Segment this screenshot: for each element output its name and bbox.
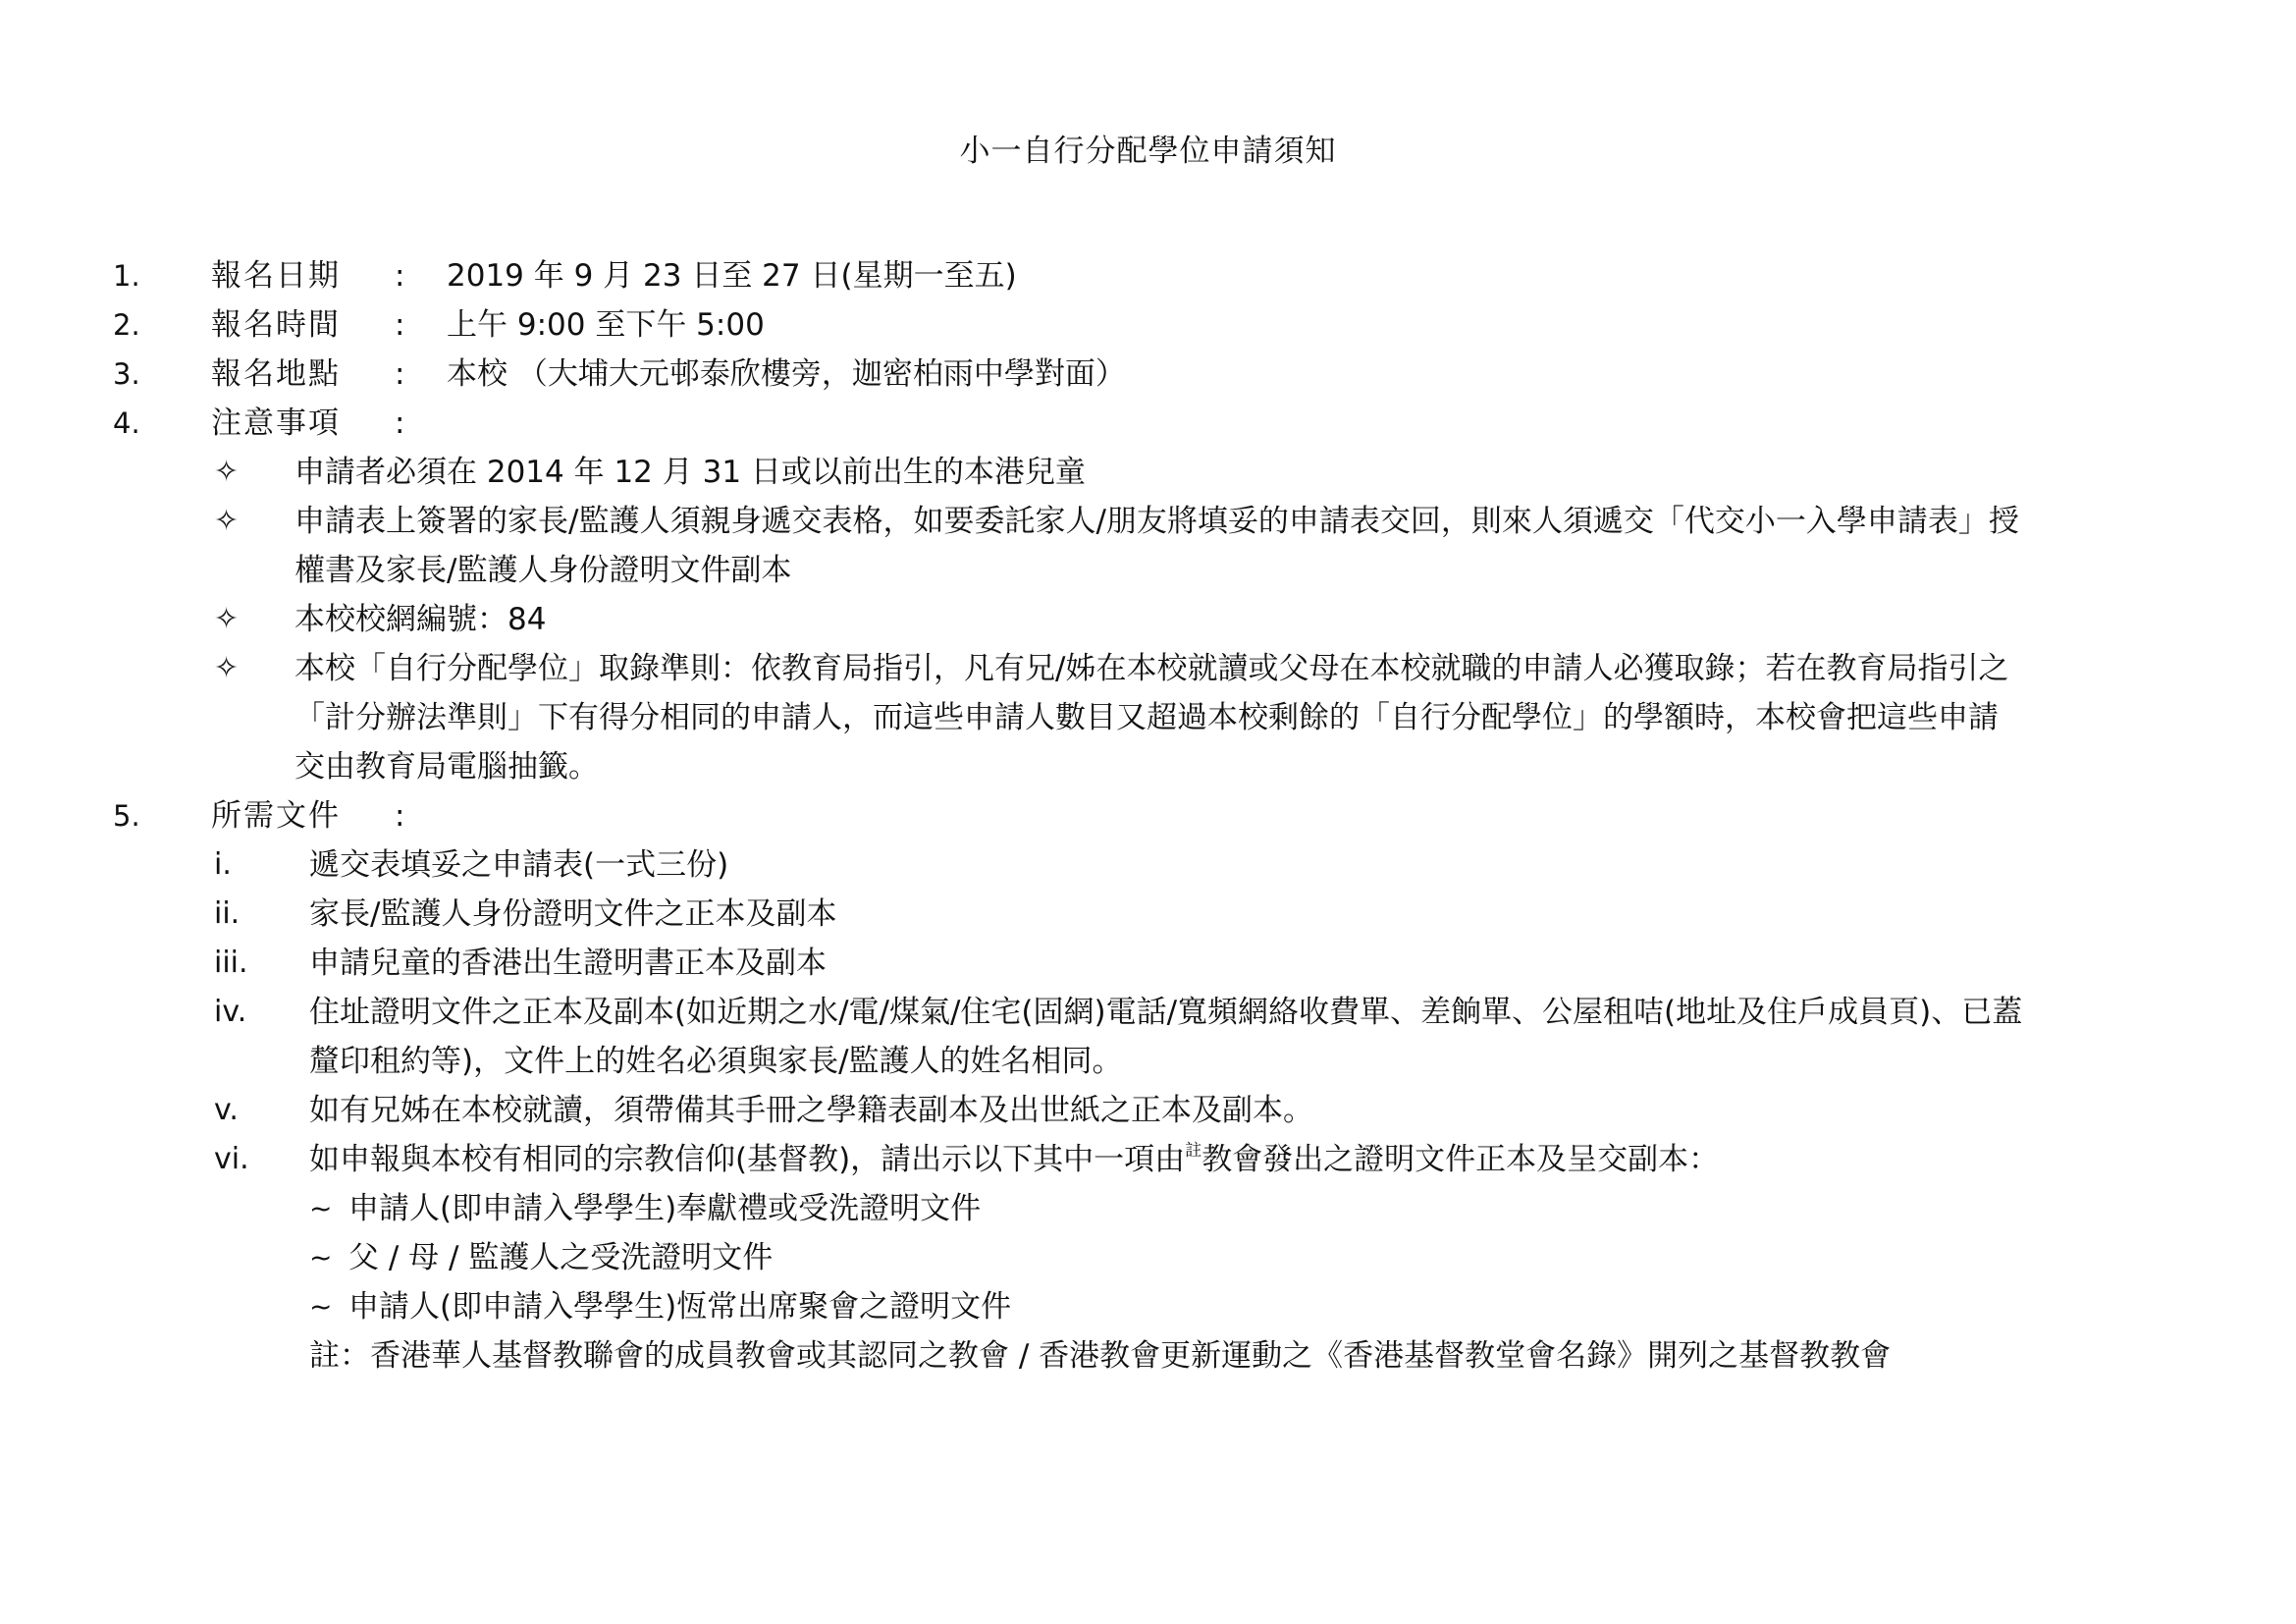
- page-title: 小一自行分配學位申請須知: [0, 126, 2296, 170]
- colon: :: [395, 305, 404, 345]
- note-text: 本校「自行分配學位」取錄準則：依教育局指引，凡有兄/姊在本校就讀或父母在本校就職…: [294, 649, 2008, 688]
- section-number: 2.: [113, 305, 140, 345]
- colon: :: [395, 404, 404, 443]
- note-text: 交由教育局電腦抽籤。: [294, 747, 599, 786]
- document-text: 遞交表填妥之申請表(一式三份): [309, 845, 728, 885]
- section-number: 3.: [113, 354, 140, 394]
- section-number: 5.: [113, 796, 140, 836]
- document-text-after: 教會發出之證明文件正本及呈交副本：: [1201, 1142, 1719, 1177]
- colon: :: [395, 354, 404, 394]
- roman-numeral: i.: [214, 845, 232, 885]
- document-text: 申請兒童的香港出生證明書正本及副本: [309, 944, 827, 983]
- religion-option-text: 申請人(即申請入學學生)恆常出席聚會之證明文件: [348, 1287, 1011, 1326]
- roman-numeral: vi.: [214, 1140, 249, 1179]
- section-label: 報名時間: [211, 305, 341, 345]
- document-text: 如有兄姊在本校就讀，須帶備其手冊之學籍表副本及出世紙之正本及副本。: [309, 1091, 1313, 1130]
- section-label: 所需文件: [211, 796, 341, 836]
- roman-numeral: ii.: [214, 894, 240, 934]
- document-text: 家長/監護人身份證明文件之正本及副本: [309, 894, 836, 934]
- document-text: 住址證明文件之正本及副本(如近期之水/電/煤氣/住宅(固網)電話/寬頻網絡收費單…: [309, 993, 2022, 1032]
- footnote-marker: 註: [1185, 1141, 1201, 1161]
- religion-option-text: 申請人(即申請入學學生)奉獻禮或受洗證明文件: [348, 1189, 981, 1228]
- document-text: 釐印租約等)，文件上的姓名必須與家長/監護人的姓名相同。: [309, 1042, 1123, 1081]
- section-label: 注意事項: [211, 404, 341, 443]
- section-value: 上午 9:00 至下午 5:00: [447, 305, 765, 345]
- section-number: 1.: [113, 256, 140, 296]
- tilde-bullet-icon: ~: [309, 1287, 332, 1326]
- religion-option-text: 父 / 母 / 監護人之受洗證明文件: [348, 1238, 773, 1277]
- roman-numeral: v.: [214, 1091, 239, 1130]
- section-label: 報名地點: [211, 354, 341, 394]
- note-text: 申請者必須在 2014 年 12 月 31 日或以前出生的本港兒童: [294, 453, 1086, 492]
- diamond-bullet-icon: ✧: [214, 600, 239, 639]
- diamond-bullet-icon: ✧: [214, 453, 239, 492]
- note-text: 本校校網編號：84: [294, 600, 546, 639]
- roman-numeral: iii.: [214, 944, 248, 983]
- section-number: 4.: [113, 404, 140, 443]
- note-text: 權書及家長/監護人身份證明文件副本: [294, 551, 791, 590]
- colon: :: [395, 796, 404, 836]
- note-text: 申請表上簽署的家長/監護人須親身遞交表格，如要委託家人/朋友將填妥的申請表交回，…: [294, 502, 2019, 541]
- section-label: 報名日期: [211, 256, 341, 296]
- footnote-text: 註：香港華人基督教聯會的成員教會或其認同之教會 / 香港教會更新運動之《香港基督…: [309, 1336, 1891, 1376]
- diamond-bullet-icon: ✧: [214, 502, 239, 541]
- section-value: 2019 年 9 月 23 日至 27 日(星期一至五): [447, 256, 1017, 296]
- document-text: 如申報與本校有相同的宗教信仰(基督教)，請出示以下其中一項由註教會發出之證明文件…: [309, 1140, 1719, 1179]
- diamond-bullet-icon: ✧: [214, 649, 239, 688]
- document-text-before: 如申報與本校有相同的宗教信仰(基督教)，請出示以下其中一項由: [309, 1142, 1185, 1177]
- roman-numeral: iv.: [214, 993, 246, 1032]
- section-value: 本校 （大埔大元邨泰欣樓旁，迦密柏雨中學對面）: [447, 354, 1126, 394]
- note-text: 「計分辦法準則」下有得分相同的申請人，而這些申請人數目又超過本校剩餘的「自行分配…: [294, 698, 1999, 737]
- tilde-bullet-icon: ~: [309, 1189, 332, 1228]
- tilde-bullet-icon: ~: [309, 1238, 332, 1277]
- colon: :: [395, 256, 404, 296]
